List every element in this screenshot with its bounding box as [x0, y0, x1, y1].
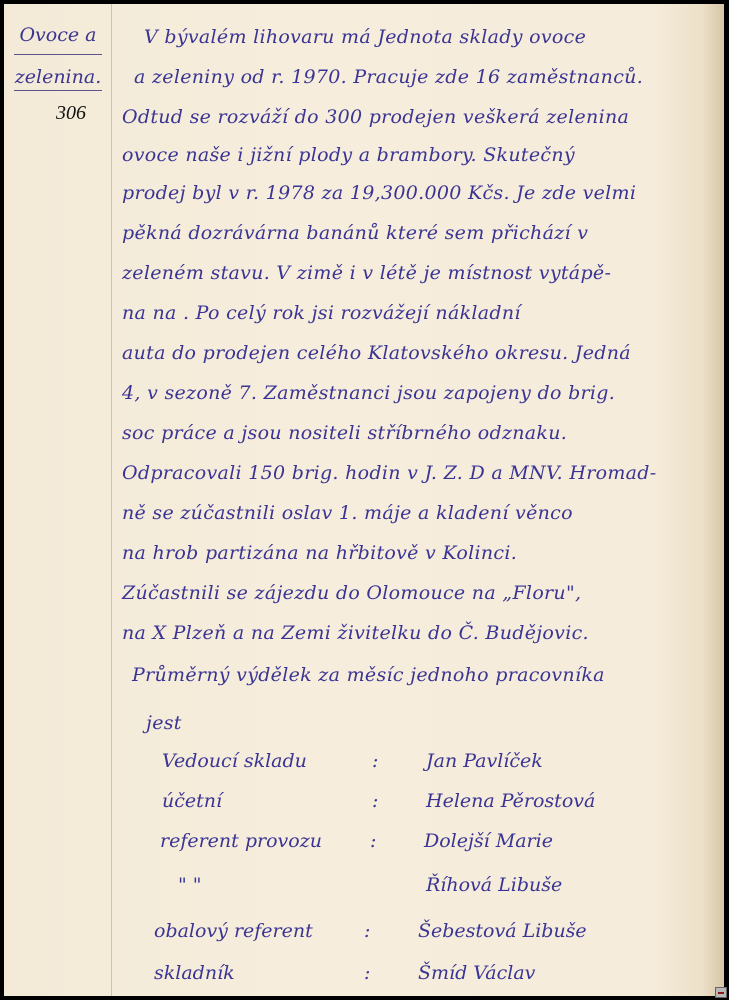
margin-rule: [111, 4, 112, 996]
staff-row: obalový referent : Šebestová Libuše: [154, 920, 724, 950]
staff-name: Helena Pěrostová: [426, 790, 595, 812]
body-line: Odtud se rozváží do 300 prodejen veškerá…: [122, 106, 629, 128]
margin-underline: [14, 90, 102, 91]
staff-row: Vedoucí skladu : Jan Pavlíček: [162, 750, 724, 780]
staff-separator: :: [370, 830, 376, 852]
body-line: a zeleniny od r. 1970. Pracuje zde 16 za…: [134, 66, 643, 88]
body-line: auta do prodejen celého Klatovského okre…: [122, 342, 631, 364]
body-line: na X Plzeň a na Zemi živitelku do Č. Bud…: [122, 622, 589, 644]
staff-role: referent provozu: [160, 830, 322, 852]
staff-role: skladník: [154, 962, 235, 984]
staff-separator: :: [372, 790, 378, 812]
margin-heading-line1: Ovoce a: [12, 26, 104, 45]
document-page: Ovoce a zelenina. 306 V bývalém lihovaru…: [4, 4, 724, 996]
body-line: na na . Po celý rok jsi rozvážejí náklad…: [122, 302, 521, 324]
body-line: Průměrný výdělek za měsíc jednoho pracov…: [132, 664, 605, 686]
body-line: 4, v sezoně 7. Zaměstnanci jsou zapojeny…: [122, 382, 615, 404]
staff-row: skladník : Šmíd Václav: [154, 962, 724, 992]
body-line: ovoce naše i jižní plody a brambory. Sku…: [122, 144, 575, 166]
staff-row: referent provozu : Dolejší Marie: [160, 830, 724, 860]
staff-row: účetní : Helena Pěrostová: [162, 790, 724, 820]
staff-name: Říhová Libuše: [426, 874, 562, 896]
body-line: V bývalém lihovaru má Jednota sklady ovo…: [144, 26, 586, 48]
staff-role: " ": [178, 874, 202, 896]
margin-underline: [14, 54, 102, 55]
body-line: prodej byl v r. 1978 za 19,300.000 Kčs. …: [122, 182, 636, 204]
margin-heading-line2: zelenina.: [12, 68, 104, 87]
staff-role: Vedoucí skladu: [162, 750, 307, 772]
staff-role: účetní: [162, 790, 222, 812]
body-line: na hrob partizána na hřbitově v Kolinci.: [122, 542, 517, 564]
staff-role: obalový referent: [154, 920, 313, 942]
staff-name: Šmíd Václav: [418, 962, 535, 984]
staff-name: Jan Pavlíček: [426, 750, 543, 772]
staff-row: " " Říhová Libuše: [178, 874, 724, 904]
staff-separator: :: [372, 750, 378, 772]
staff-separator: :: [364, 962, 370, 984]
body-line: jest: [146, 712, 182, 734]
body-line: ně se zúčastnili oslav 1. máje a kladení…: [122, 502, 573, 524]
body-line: Zúčastnili se zájezdu do Olomouce na „Fl…: [122, 582, 581, 604]
page-number: 306: [56, 102, 86, 125]
body-line: Odpracovali 150 brig. hodin v J. Z. D a …: [122, 462, 656, 484]
body-line: zeleném stavu. V zimě i v létě je místno…: [122, 262, 611, 284]
staff-separator: :: [364, 920, 370, 942]
body-line: pěkná dozrávárna banánů které sem přichá…: [122, 222, 588, 244]
body-line: soc práce a jsou nositeli stříbrného odz…: [122, 422, 567, 444]
minimize-icon[interactable]: [715, 987, 727, 998]
staff-name: Dolejší Marie: [424, 830, 553, 852]
staff-name: Šebestová Libuše: [418, 920, 587, 942]
